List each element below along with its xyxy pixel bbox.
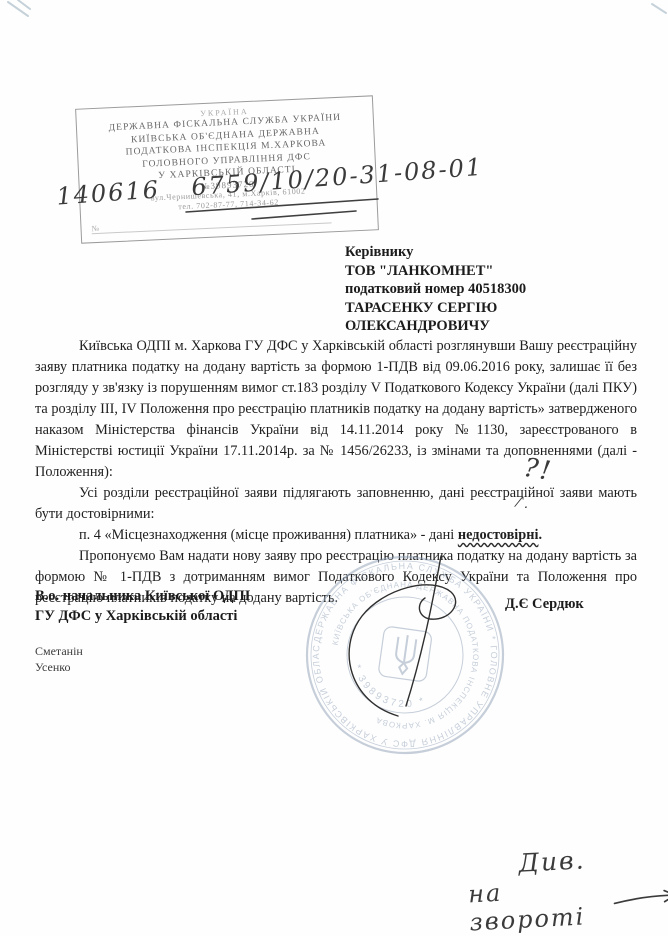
handwritten-tick-marks: / . <box>515 495 530 512</box>
right-arrow-icon <box>612 886 668 911</box>
seal-number: * 39893720 * <box>346 662 433 714</box>
p3-underlined-word: недостовірні <box>458 527 539 543</box>
signature-position-line: ГУ ДФС у Харківській області <box>35 606 250 626</box>
trident-icon <box>393 634 416 675</box>
recipient-line: податковий номер 40518300 <box>345 280 526 299</box>
p3-suffix: . <box>538 527 542 543</box>
recipient-line: ТАРАСЕНКУ СЕРГІЮ <box>345 299 526 318</box>
handwritten-note: Див. на звороті <box>466 841 668 936</box>
note-line-2: на звороті <box>467 873 605 936</box>
handwritten-question-mark: ?! <box>522 453 555 487</box>
recipient-line: ТОВ "ЛАНКОМНЕТ" <box>345 262 526 281</box>
scan-corner-marks <box>8 0 666 16</box>
scanned-letter-page: УКРАЇНА ДЕРЖАВНА ФІСКАЛЬНА СЛУЖБА УКРАЇН… <box>0 0 668 936</box>
official-round-seal: ДЕРЖАВНА ФІСКАЛЬНА СЛУЖБА УКРАЇНИ * ГОЛО… <box>285 535 524 774</box>
signature-position-line: В.о. начальника Київської ОДПІ <box>35 586 250 606</box>
paragraph-2: Усі розділи реєстраційної заяви підлягаю… <box>35 483 637 525</box>
recipient-line: Керівнику <box>345 243 526 262</box>
recipient-block: Керівнику ТОВ "ЛАНКОМНЕТ" податковий ном… <box>345 243 526 336</box>
executors-block: Сметанін Усенко <box>35 643 83 675</box>
executor-name: Сметанін <box>35 643 83 659</box>
stamp-number-line: № <box>91 213 331 234</box>
svg-text:* 39893720 *: * 39893720 * <box>346 662 433 714</box>
executor-name: Усенко <box>35 659 83 675</box>
signature-position: В.о. начальника Київської ОДПІ ГУ ДФС у … <box>35 586 250 626</box>
p3-prefix: п. 4 «Місцезнаходження (місце проживання… <box>79 527 458 543</box>
recipient-line: ОЛЕКСАНДРОВИЧУ <box>345 317 526 336</box>
